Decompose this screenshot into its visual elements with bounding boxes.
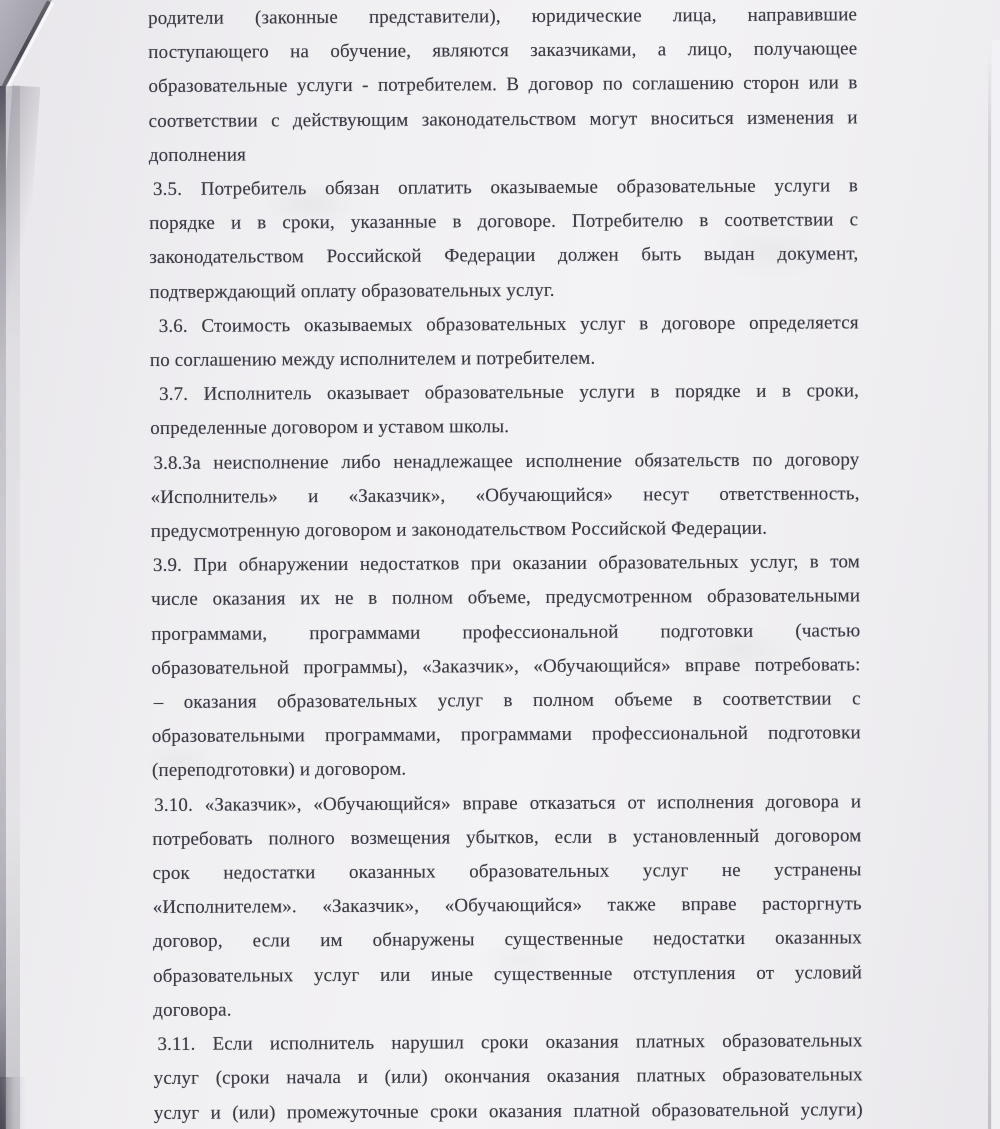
text-line: договора. xyxy=(153,990,862,1028)
text-line: (переподготовки) и договором. xyxy=(152,751,861,789)
text-line: соответствии с действующим законодательс… xyxy=(149,101,858,139)
text-line: образовательными программами, программам… xyxy=(152,717,861,755)
text-line: договор, если им обнаружены существенные… xyxy=(153,922,862,960)
bottom-left-shadow xyxy=(0,1077,34,1129)
text-line: числе оказания их не в полном объеме, пр… xyxy=(151,580,860,618)
text-line: услуг и (или) промежуточные сроки оказан… xyxy=(154,1093,863,1129)
text-line: образовательных услуг или иные существен… xyxy=(153,956,862,994)
text-line: срок недостатки оказанных образовательны… xyxy=(152,853,861,891)
right-edge-highlight xyxy=(992,40,1000,1129)
text-line: 3.8.За неисполнение либо ненадлежащее ис… xyxy=(150,443,859,481)
text-line: порядке и в сроки, указанные в договоре.… xyxy=(149,204,858,242)
text-line: 3.6. Стоимость оказываемых образовательн… xyxy=(150,306,859,344)
text-line: 3.9. При обнаружении недостатков при ока… xyxy=(151,546,860,584)
document-text: родители (законные представители), юриди… xyxy=(148,0,863,1129)
text-line: родители (законные представители), юриди… xyxy=(148,0,857,36)
text-line: «Исполнителем». «Заказчик», «Обучающийся… xyxy=(153,888,862,926)
text-line: 3.7. Исполнитель оказывает образовательн… xyxy=(150,375,859,413)
text-line: подтверждающий оплату образовательных ус… xyxy=(149,272,858,310)
left-edge-soft-shadow xyxy=(5,86,20,1129)
text-line: – оказания образовательных услуг в полно… xyxy=(152,682,861,720)
text-line: 3.10. «Заказчик», «Обучающийся» вправе о… xyxy=(152,785,861,823)
text-line: услуг (сроки начала и (или) окончания ок… xyxy=(154,1059,863,1097)
text-line: потребовать полного возмещения убытков, … xyxy=(152,819,861,857)
text-line: дополнения xyxy=(149,135,858,173)
text-line: программами, программами профессионально… xyxy=(151,614,860,652)
text-line: образовательной программы), «Заказчик», … xyxy=(151,648,860,686)
text-line: поступающего на обучение, являются заказ… xyxy=(148,32,857,70)
text-line: по соглашению между исполнителем и потре… xyxy=(150,340,859,378)
text-line: 3.5. Потребитель обязан оплатить оказыва… xyxy=(149,169,858,207)
text-line: определенные договором и уставом школы. xyxy=(150,409,859,447)
scanned-page: родители (законные представители), юриди… xyxy=(0,0,1000,1129)
text-line: законодательством Российской Федерации д… xyxy=(149,238,858,276)
text-line: образовательные услуги - потребителем. В… xyxy=(148,67,857,105)
text-line: 3.11. Если исполнитель нарушил сроки ока… xyxy=(153,1024,862,1062)
text-line: предусмотренную договором и законодатель… xyxy=(151,511,860,549)
text-line: «Исполнитель» и «Заказчик», «Обучающийся… xyxy=(151,477,860,515)
right-edge-line xyxy=(988,52,991,1129)
